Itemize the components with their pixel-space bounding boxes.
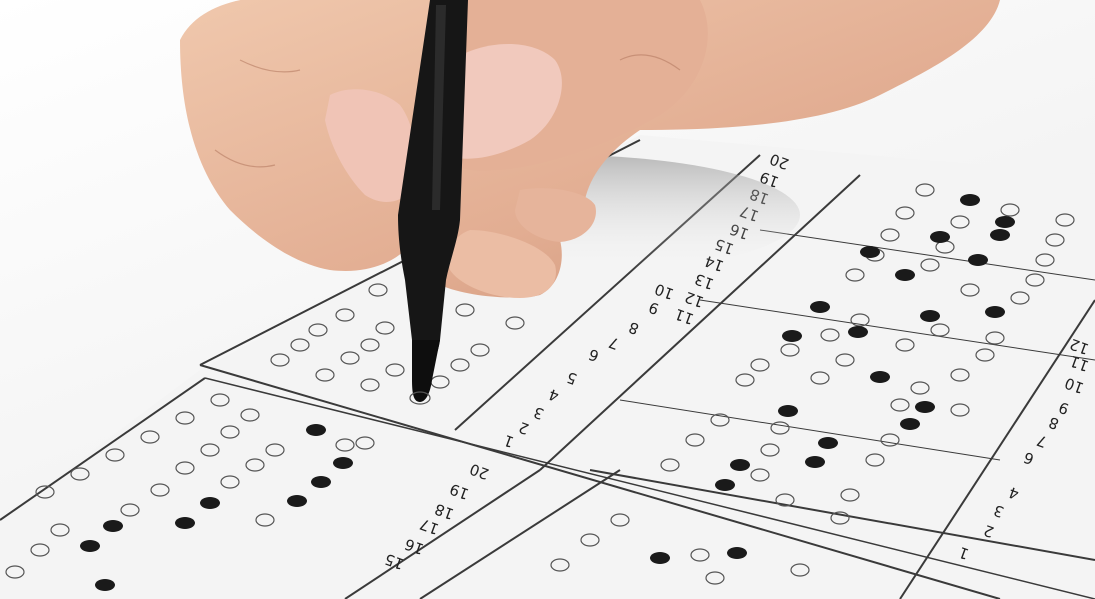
answer-sheet-photo: 20 19 18 17 16 15 14 13 12 11 10 9 8 7 6… — [0, 0, 1095, 599]
photo-illustration: 20 19 18 17 16 15 14 13 12 11 10 9 8 7 6… — [0, 0, 1095, 599]
